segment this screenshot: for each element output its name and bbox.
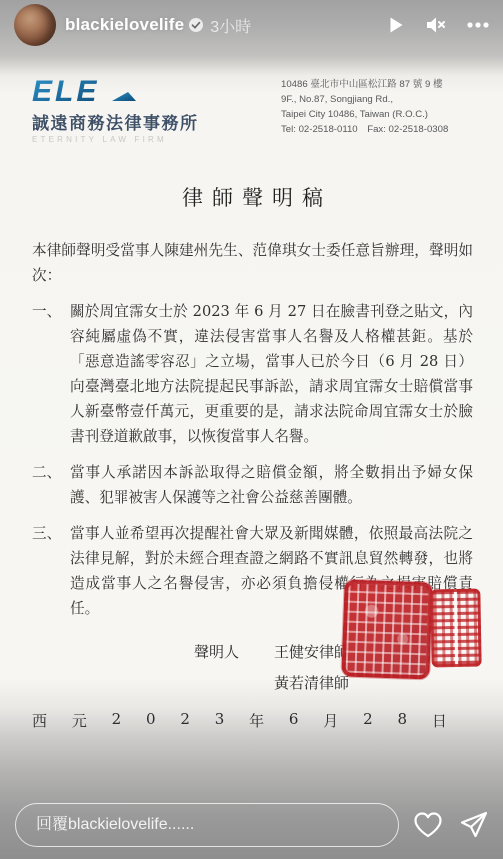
clause-2-number: 二、 xyxy=(32,460,70,510)
firm-name-zh: 誠遠商務法律事務所 xyxy=(32,109,232,134)
clause-3-number: 三、 xyxy=(32,521,70,621)
date-token: 月 xyxy=(323,710,338,731)
address-line-1: 10486 臺北市中山區松江路 87 號 9 樓 xyxy=(281,78,473,93)
story-header: blackielovelife 3小時 xyxy=(0,0,503,50)
story-footer xyxy=(0,797,503,859)
date-token: 西 xyxy=(32,710,47,731)
document-title: 律師聲明稿 xyxy=(32,182,473,212)
like-heart-icon[interactable] xyxy=(411,809,445,841)
firm-name-en: ETERNITY LAW FIRM xyxy=(32,135,232,144)
date-token: 6 xyxy=(289,710,299,731)
avatar[interactable] xyxy=(14,4,56,46)
clause-1: 一、 關於周宜霈女士於 2023 年 6 月 27 日在臉書刊登之貼文，內容純屬… xyxy=(32,299,473,449)
story-timestamp: 3小時 xyxy=(210,14,251,37)
username[interactable]: blackielovelife xyxy=(65,15,184,35)
svg-text:ELE: ELE xyxy=(32,75,99,108)
play-icon[interactable] xyxy=(387,16,405,34)
firm-logo-icon: ELE xyxy=(32,74,144,108)
story-header-actions xyxy=(387,15,489,35)
date-line: 西 元 2 0 2 3 年 6 月 2 8 日 xyxy=(32,710,473,731)
date-token: 年 xyxy=(249,710,264,731)
lawyer-seal-stamp-2 xyxy=(430,589,481,668)
signer-1: 王健安律師 xyxy=(274,637,349,668)
verified-badge-icon xyxy=(189,18,203,32)
reply-input[interactable] xyxy=(15,803,399,847)
address-line-2: 9F., No.87, Songjiang Rd., xyxy=(281,93,473,108)
firm-address-block: 10486 臺北市中山區松江路 87 號 9 樓 9F., No.87, Son… xyxy=(281,74,473,137)
signature-label: 聲明人 xyxy=(194,637,252,668)
more-options-icon[interactable] xyxy=(467,22,489,28)
clause-1-text: 關於周宜霈女士於 2023 年 6 月 27 日在臉書刊登之貼文，內容純屬虛偽不… xyxy=(70,299,473,449)
date-token: 2 xyxy=(112,710,122,731)
mute-icon[interactable] xyxy=(425,15,447,35)
firm-identity: ELE 誠遠商務法律事務所 ETERNITY LAW FIRM xyxy=(32,74,232,144)
clause-2: 二、 當事人承諾因本訴訟取得之賠償金額，將全數捐出予婦女保護、犯罪被害人保護等之… xyxy=(32,460,473,510)
address-line-4: Tel: 02-2518-0110 Fax: 02-2518-0308 xyxy=(281,123,473,138)
intro-paragraph: 本律師聲明受當事人陳建州先生、范偉琪女士委任意旨辦理，聲明如次： xyxy=(32,238,473,288)
share-dm-icon[interactable] xyxy=(457,809,491,841)
date-token: 日 xyxy=(432,710,447,731)
date-token: 2 xyxy=(180,710,190,731)
document-body: 本律師聲明受當事人陳建州先生、范偉琪女士委任意旨辦理，聲明如次： 一、 關於周宜… xyxy=(32,238,473,621)
clause-2-text: 當事人承諾因本訴訟取得之賠償金額，將全數捐出予婦女保護、犯罪被害人保護等之社會公… xyxy=(70,460,473,510)
letterhead: ELE 誠遠商務法律事務所 ETERNITY LAW FIRM 10486 臺北… xyxy=(32,74,473,144)
date-token: 8 xyxy=(397,710,407,731)
date-token: 元 xyxy=(72,710,87,731)
signer-2: 黃若清律師 xyxy=(274,668,349,699)
date-token: 3 xyxy=(215,710,225,731)
address-line-3: Taipei City 10486, Taiwan (R.O.C.) xyxy=(281,108,473,123)
lawyer-seal-stamp-1 xyxy=(341,579,432,679)
date-token: 0 xyxy=(146,710,156,731)
instagram-story-view: blackielovelife 3小時 xyxy=(0,0,503,859)
clause-1-number: 一、 xyxy=(32,299,70,449)
date-token: 2 xyxy=(363,710,373,731)
